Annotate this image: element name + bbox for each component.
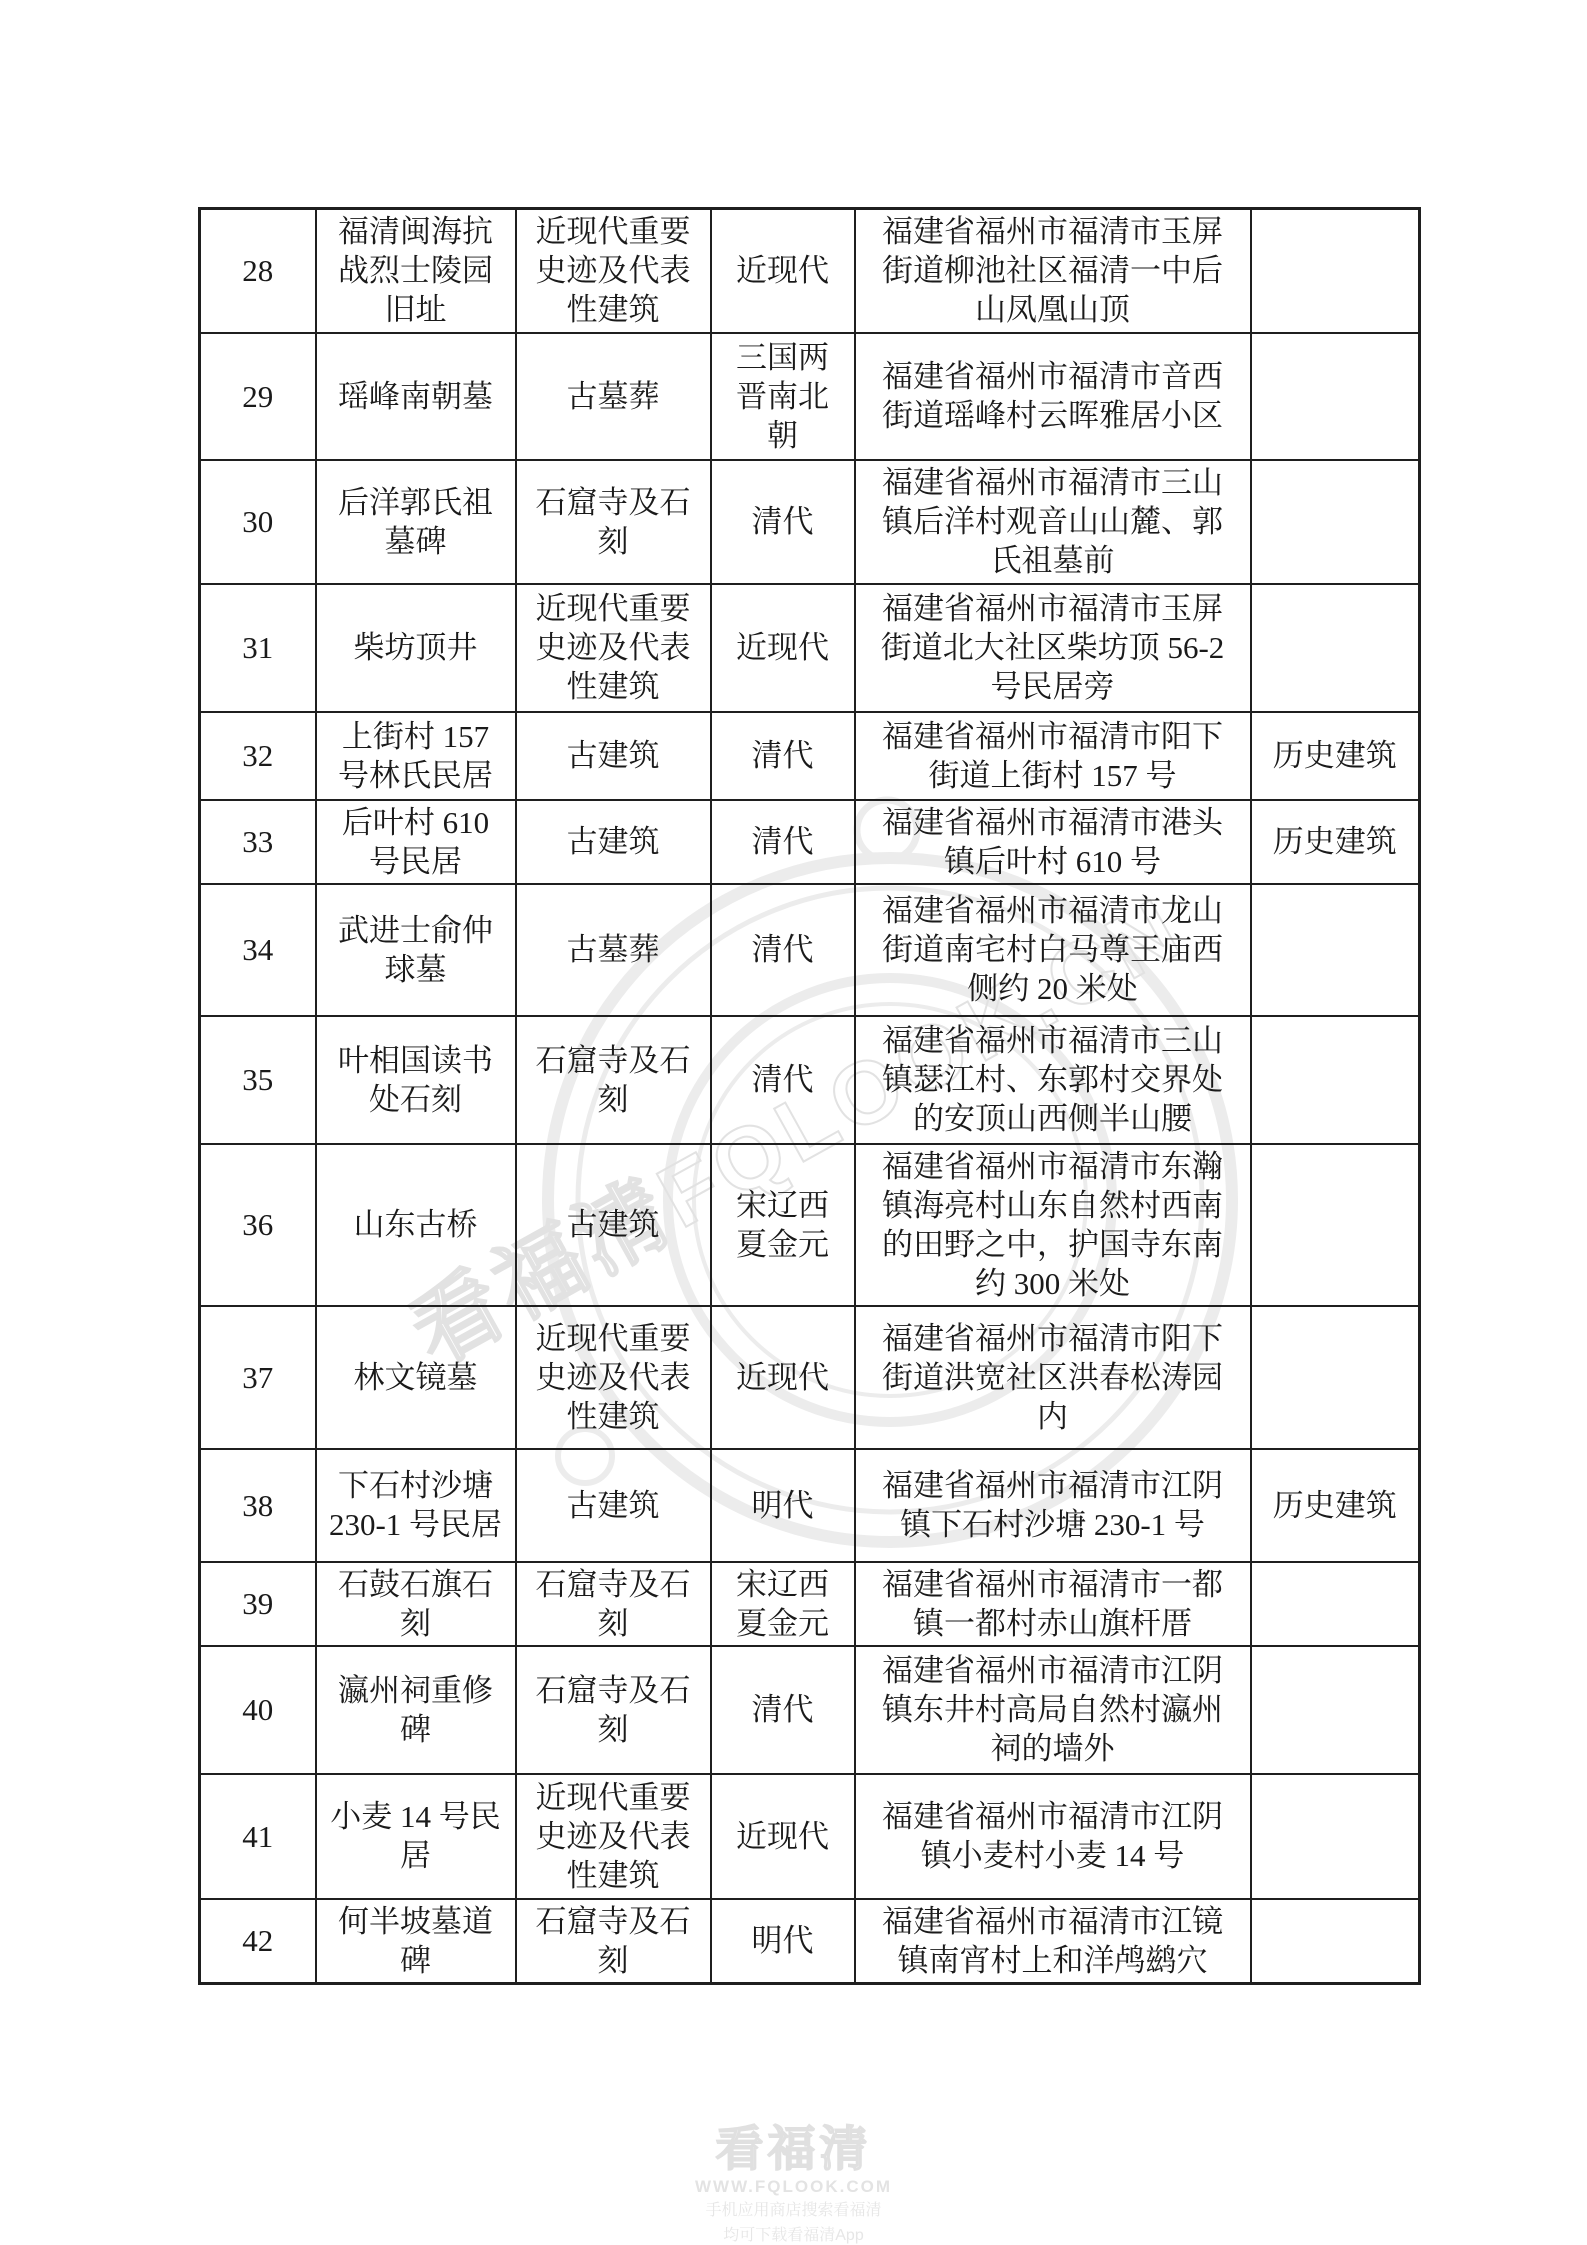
cell-remark bbox=[1251, 460, 1420, 584]
table-row: 30 后洋郭氏祖墓碑 石窟寺及石刻 清代 福建省福州市福清市三山镇后洋村观音山山… bbox=[200, 460, 1420, 584]
cell-remark: 历史建筑 bbox=[1251, 800, 1420, 884]
cell-name: 何半坡墓道碑 bbox=[316, 1899, 516, 1984]
cell-number: 38 bbox=[200, 1449, 316, 1562]
cell-address: 福建省福州市福清市江镜镇南宵村上和洋鸬鹚穴 bbox=[855, 1899, 1251, 1984]
cell-era: 清代 bbox=[711, 884, 855, 1016]
cell-address: 福建省福州市福清市港头镇后叶村 610 号 bbox=[855, 800, 1251, 884]
cell-era: 近现代 bbox=[711, 1774, 855, 1899]
cell-address: 福建省福州市福清市江阴镇小麦村小麦 14 号 bbox=[855, 1774, 1251, 1899]
cell-era: 近现代 bbox=[711, 209, 855, 333]
cell-category: 古建筑 bbox=[516, 800, 711, 884]
cell-address: 福建省福州市福清市江阴镇东井村高局自然村瀛州祠的墙外 bbox=[855, 1646, 1251, 1774]
cell-number: 39 bbox=[200, 1562, 316, 1646]
cell-remark bbox=[1251, 1774, 1420, 1899]
cell-era: 清代 bbox=[711, 1646, 855, 1774]
cell-address: 福建省福州市福清市三山镇瑟江村、东郭村交界处的安顶山西侧半山腰 bbox=[855, 1016, 1251, 1144]
table-row: 37 林文镜墓 近现代重要史迹及代表性建筑 近现代 福建省福州市福清市阳下街道洪… bbox=[200, 1306, 1420, 1449]
table-row: 42 何半坡墓道碑 石窟寺及石刻 明代 福建省福州市福清市江镜镇南宵村上和洋鸬鹚… bbox=[200, 1899, 1420, 1984]
table-row: 38 下石村沙塘 230-1 号民居 古建筑 明代 福建省福州市福清市江阴镇下石… bbox=[200, 1449, 1420, 1562]
cell-number: 42 bbox=[200, 1899, 316, 1984]
cell-number: 35 bbox=[200, 1016, 316, 1144]
cell-name: 上街村 157 号林氏民居 bbox=[316, 712, 516, 800]
cell-address: 福建省福州市福清市一都镇一都村赤山旗杆厝 bbox=[855, 1562, 1251, 1646]
heritage-table: 28 福清闽海抗战烈士陵园旧址 近现代重要史迹及代表性建筑 近现代 福建省福州市… bbox=[198, 207, 1421, 1985]
cell-number: 32 bbox=[200, 712, 316, 800]
cell-category: 古墓葬 bbox=[516, 884, 711, 1016]
cell-name: 下石村沙塘 230-1 号民居 bbox=[316, 1449, 516, 1562]
cell-category: 古墓葬 bbox=[516, 333, 711, 460]
watermark-footer: 看福清 WWW.FQLOOK.COM 手机应用商店搜索看福清 均可下载看福清Ap… bbox=[0, 2124, 1587, 2245]
cell-remark bbox=[1251, 1016, 1420, 1144]
table-row: 41 小麦 14 号民居 近现代重要史迹及代表性建筑 近现代 福建省福州市福清市… bbox=[200, 1774, 1420, 1899]
cell-era: 宋辽西夏金元 bbox=[711, 1144, 855, 1306]
cell-address: 福建省福州市福清市东瀚镇海亮村山东自然村西南的田野之中，护国寺东南约 300 米… bbox=[855, 1144, 1251, 1306]
cell-remark bbox=[1251, 209, 1420, 333]
cell-name: 福清闽海抗战烈士陵园旧址 bbox=[316, 209, 516, 333]
cell-address: 福建省福州市福清市音西街道瑶峰村云晖雅居小区 bbox=[855, 333, 1251, 460]
cell-remark bbox=[1251, 1306, 1420, 1449]
cell-address: 福建省福州市福清市玉屏街道柳池社区福清一中后山凤凰山顶 bbox=[855, 209, 1251, 333]
cell-era: 明代 bbox=[711, 1899, 855, 1984]
table-row: 35 叶相国读书处石刻 石窟寺及石刻 清代 福建省福州市福清市三山镇瑟江村、东郭… bbox=[200, 1016, 1420, 1144]
cell-number: 33 bbox=[200, 800, 316, 884]
table-row: 28 福清闽海抗战烈士陵园旧址 近现代重要史迹及代表性建筑 近现代 福建省福州市… bbox=[200, 209, 1420, 333]
table-row: 31 柴坊顶井 近现代重要史迹及代表性建筑 近现代 福建省福州市福清市玉屏街道北… bbox=[200, 584, 1420, 712]
cell-category: 近现代重要史迹及代表性建筑 bbox=[516, 1774, 711, 1899]
cell-name: 山东古桥 bbox=[316, 1144, 516, 1306]
cell-category: 石窟寺及石刻 bbox=[516, 1646, 711, 1774]
cell-category: 石窟寺及石刻 bbox=[516, 1899, 711, 1984]
cell-era: 清代 bbox=[711, 800, 855, 884]
cell-category: 石窟寺及石刻 bbox=[516, 1562, 711, 1646]
cell-name: 瀛州祠重修碑 bbox=[316, 1646, 516, 1774]
cell-number: 28 bbox=[200, 209, 316, 333]
table-row: 29 瑶峰南朝墓 古墓葬 三国两晋南北朝 福建省福州市福清市音西街道瑶峰村云晖雅… bbox=[200, 333, 1420, 460]
table-row: 33 后叶村 610 号民居 古建筑 清代 福建省福州市福清市港头镇后叶村 61… bbox=[200, 800, 1420, 884]
table-row: 32 上街村 157 号林氏民居 古建筑 清代 福建省福州市福清市阳下街道上街村… bbox=[200, 712, 1420, 800]
cell-address: 福建省福州市福清市江阴镇下石村沙塘 230-1 号 bbox=[855, 1449, 1251, 1562]
cell-category: 近现代重要史迹及代表性建筑 bbox=[516, 584, 711, 712]
cell-remark bbox=[1251, 333, 1420, 460]
cell-address: 福建省福州市福清市阳下街道洪宽社区洪春松涛园内 bbox=[855, 1306, 1251, 1449]
table-row: 40 瀛州祠重修碑 石窟寺及石刻 清代 福建省福州市福清市江阴镇东井村高局自然村… bbox=[200, 1646, 1420, 1774]
cell-name: 瑶峰南朝墓 bbox=[316, 333, 516, 460]
cell-name: 柴坊顶井 bbox=[316, 584, 516, 712]
cell-era: 近现代 bbox=[711, 1306, 855, 1449]
cell-name: 后叶村 610 号民居 bbox=[316, 800, 516, 884]
cell-era: 三国两晋南北朝 bbox=[711, 333, 855, 460]
cell-remark: 历史建筑 bbox=[1251, 712, 1420, 800]
cell-era: 清代 bbox=[711, 460, 855, 584]
cell-name: 小麦 14 号民居 bbox=[316, 1774, 516, 1899]
cell-remark bbox=[1251, 1899, 1420, 1984]
cell-era: 宋辽西夏金元 bbox=[711, 1562, 855, 1646]
cell-category: 近现代重要史迹及代表性建筑 bbox=[516, 1306, 711, 1449]
cell-remark bbox=[1251, 1562, 1420, 1646]
cell-number: 36 bbox=[200, 1144, 316, 1306]
table-row: 34 武进士俞仲球墓 古墓葬 清代 福建省福州市福清市龙山街道南宅村白马尊王庙西… bbox=[200, 884, 1420, 1016]
cell-category: 近现代重要史迹及代表性建筑 bbox=[516, 209, 711, 333]
cell-category: 古建筑 bbox=[516, 712, 711, 800]
cell-address: 福建省福州市福清市龙山街道南宅村白马尊王庙西侧约 20 米处 bbox=[855, 884, 1251, 1016]
cell-remark bbox=[1251, 584, 1420, 712]
cell-name: 叶相国读书处石刻 bbox=[316, 1016, 516, 1144]
cell-number: 40 bbox=[200, 1646, 316, 1774]
cell-address: 福建省福州市福清市三山镇后洋村观音山山麓、郭氏祖墓前 bbox=[855, 460, 1251, 584]
cell-number: 30 bbox=[200, 460, 316, 584]
watermark-url: WWW.FQLOOK.COM bbox=[0, 2177, 1587, 2197]
cell-category: 石窟寺及石刻 bbox=[516, 1016, 711, 1144]
cell-category: 古建筑 bbox=[516, 1144, 711, 1306]
watermark-caption-1: 手机应用商店搜索看福清 bbox=[0, 2199, 1587, 2222]
cell-address: 福建省福州市福清市玉屏街道北大社区柴坊顶 56-2 号民居旁 bbox=[855, 584, 1251, 712]
cell-remark bbox=[1251, 1144, 1420, 1306]
cell-category: 古建筑 bbox=[516, 1449, 711, 1562]
cell-number: 41 bbox=[200, 1774, 316, 1899]
cell-name: 武进士俞仲球墓 bbox=[316, 884, 516, 1016]
table-row: 39 石鼓石旗石刻 石窟寺及石刻 宋辽西夏金元 福建省福州市福清市一都镇一都村赤… bbox=[200, 1562, 1420, 1646]
cell-number: 29 bbox=[200, 333, 316, 460]
cell-era: 清代 bbox=[711, 1016, 855, 1144]
watermark-caption-2: 均可下载看福清App bbox=[0, 2224, 1587, 2245]
watermark-logo: 看福清 bbox=[0, 2124, 1587, 2176]
cell-number: 34 bbox=[200, 884, 316, 1016]
cell-address: 福建省福州市福清市阳下街道上街村 157 号 bbox=[855, 712, 1251, 800]
cell-remark bbox=[1251, 884, 1420, 1016]
cell-era: 明代 bbox=[711, 1449, 855, 1562]
table-row: 36 山东古桥 古建筑 宋辽西夏金元 福建省福州市福清市东瀚镇海亮村山东自然村西… bbox=[200, 1144, 1420, 1306]
cell-remark bbox=[1251, 1646, 1420, 1774]
cell-number: 31 bbox=[200, 584, 316, 712]
cell-category: 石窟寺及石刻 bbox=[516, 460, 711, 584]
cell-name: 林文镜墓 bbox=[316, 1306, 516, 1449]
cell-remark: 历史建筑 bbox=[1251, 1449, 1420, 1562]
cell-era: 清代 bbox=[711, 712, 855, 800]
cell-era: 近现代 bbox=[711, 584, 855, 712]
document-page: 看福清FQLOOK.CN 28 福清闽海抗战烈士陵园旧址 近现代重要史迹及代表性… bbox=[0, 0, 1587, 2245]
cell-number: 37 bbox=[200, 1306, 316, 1449]
cell-name: 石鼓石旗石刻 bbox=[316, 1562, 516, 1646]
cell-name: 后洋郭氏祖墓碑 bbox=[316, 460, 516, 584]
